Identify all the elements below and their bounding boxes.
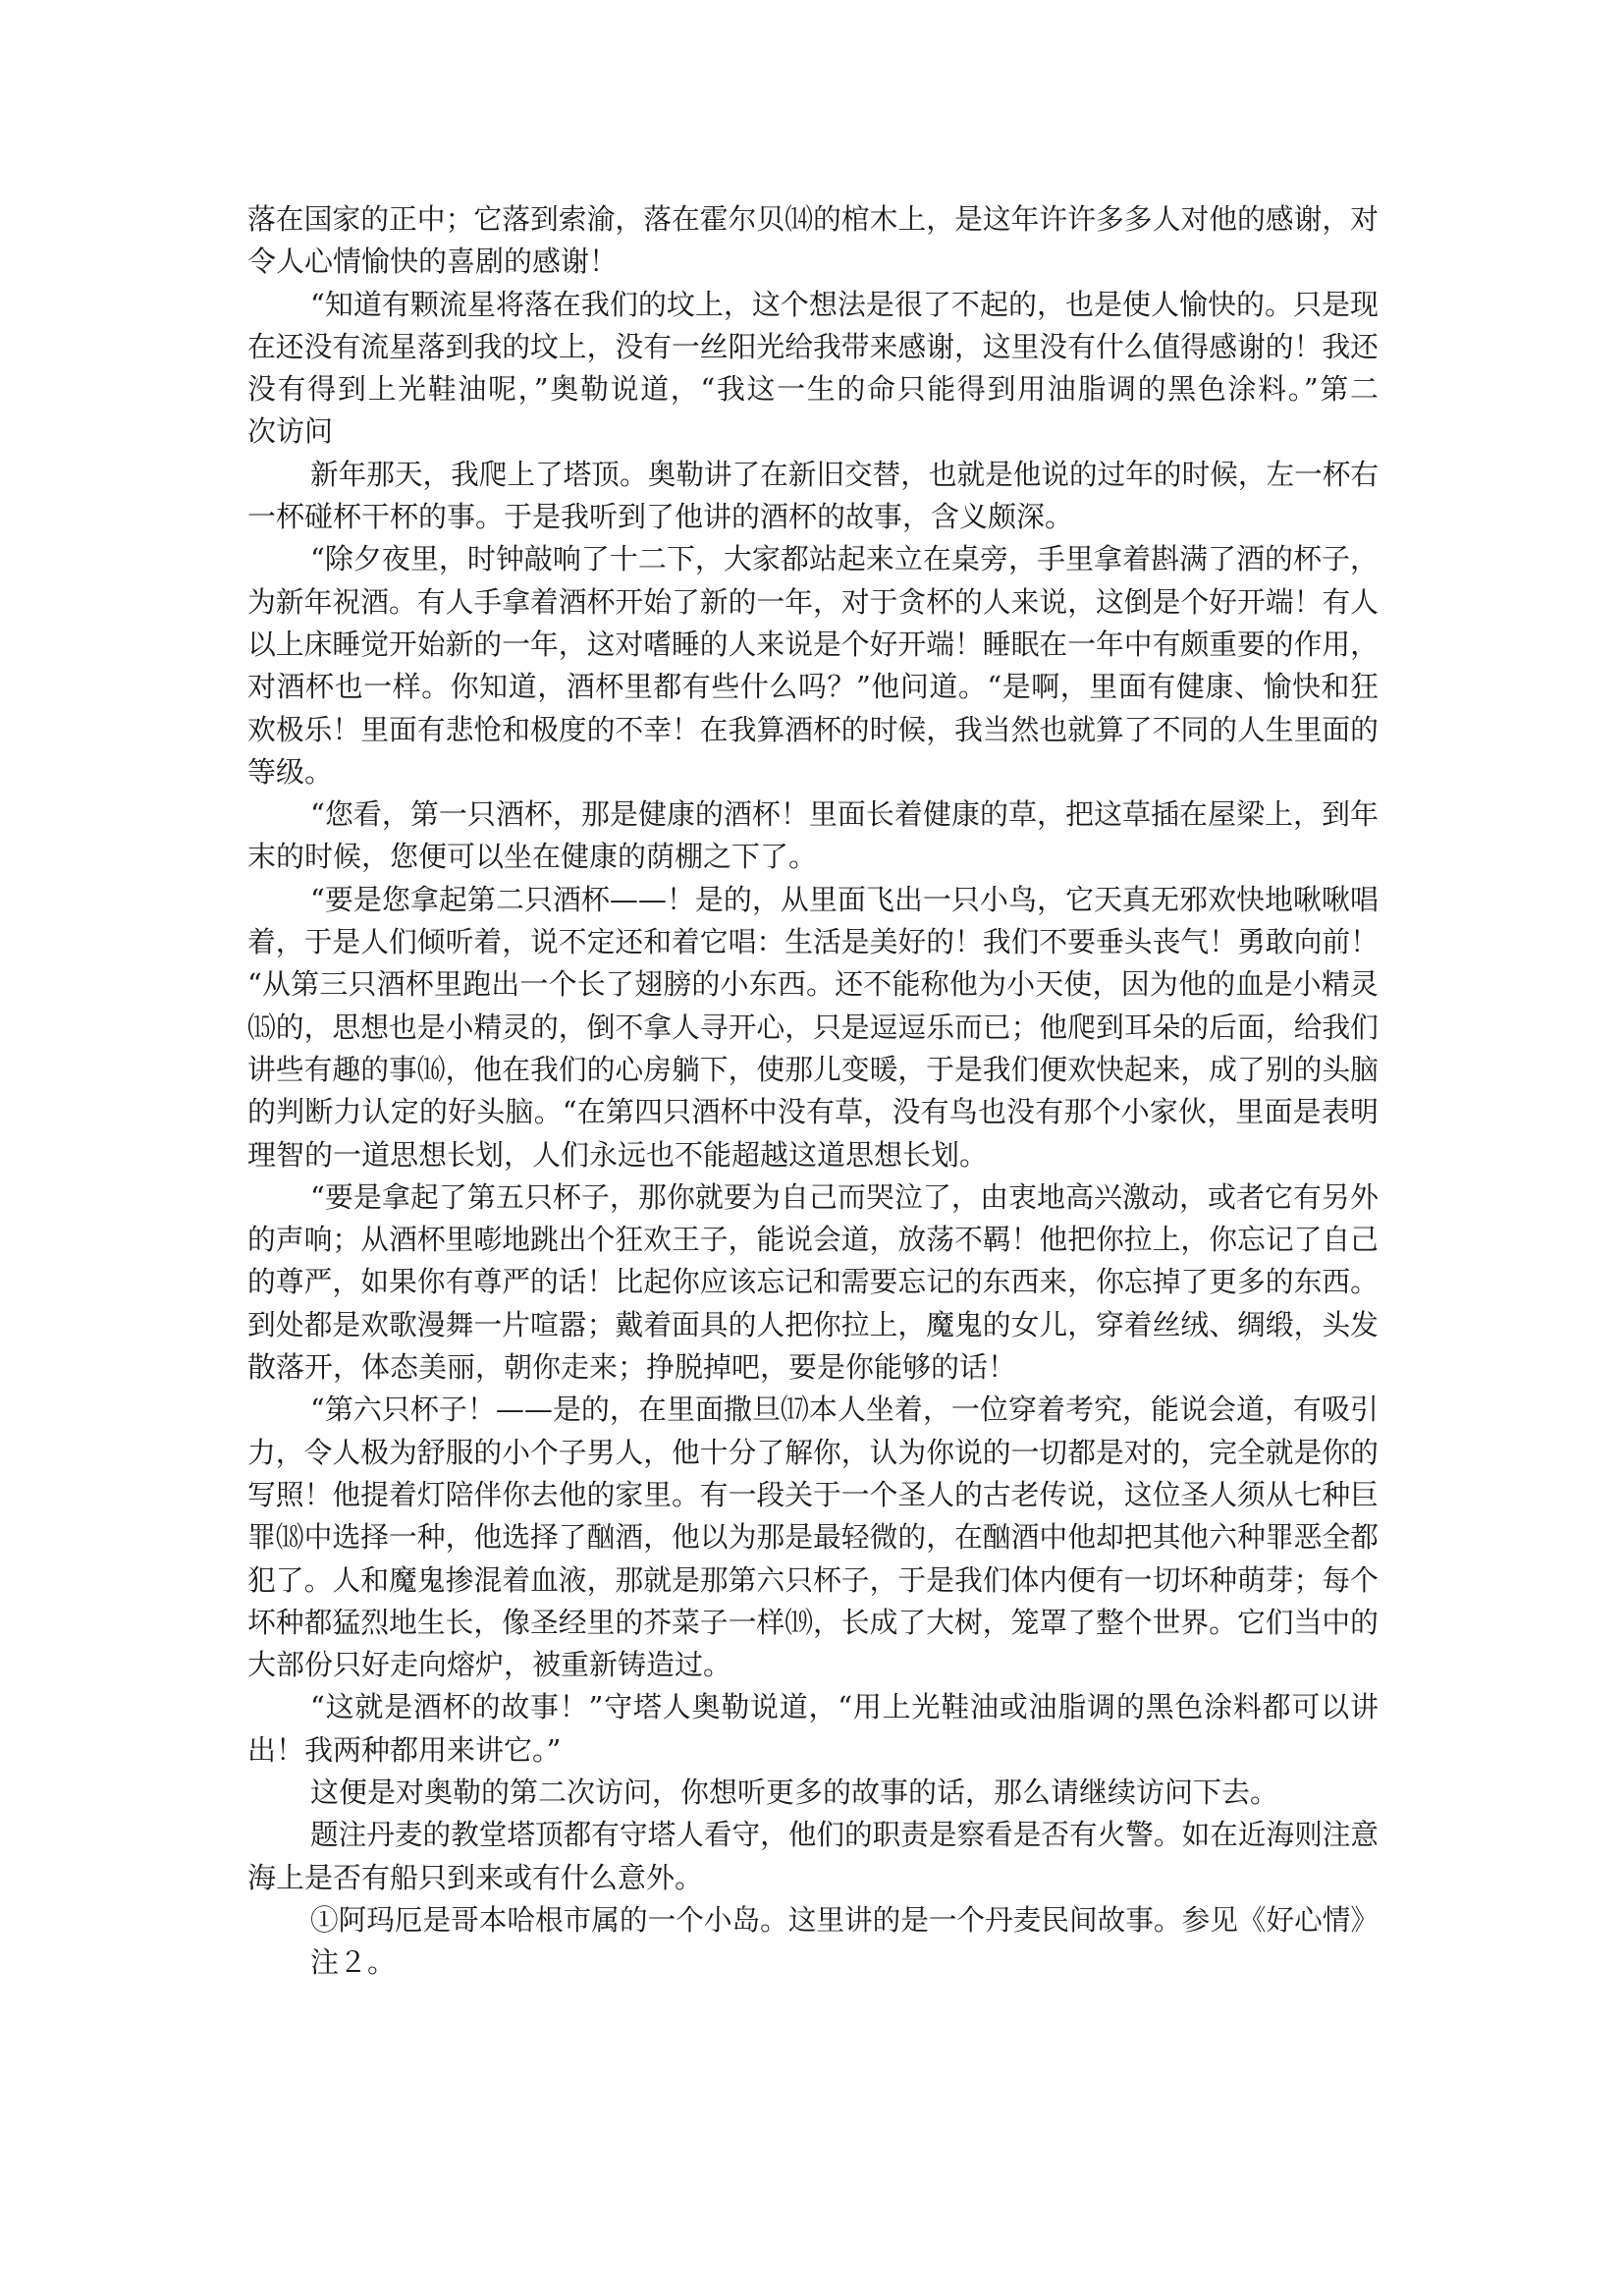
text-line: “您看，第一只酒杯，那是健康的酒杯！里面长着健康的草，把这草插在屋梁上，到年 [247, 793, 1379, 836]
text-line: 讲些有趣的事⒃，他在我们的心房躺下，使那儿变暖，于是我们便欢快起来，成了别的头脑 [247, 1049, 1379, 1091]
paragraph: 落在国家的正中；它落到索渝，落在霍尔贝⒁的棺木上，是这年许许多多人对他的感谢，对… [247, 198, 1379, 284]
text-line: “要是拿起了第五只杯子，那你就要为自己而哭泣了，由衷地高兴激动，或者它有另外 [247, 1176, 1379, 1219]
text-line: ①阿玛厄是哥本哈根市属的一个小岛。这里讲的是一个丹麦民间故事。参见《好心情》 [247, 1899, 1379, 1941]
text-line: 到处都是欢歌漫舞一片喧嚣；戴着面具的人把你拉上，魔鬼的女儿，穿着丝绒、绸缎，头发 [247, 1304, 1379, 1346]
text-line: 为新年祝酒。有人手拿着酒杯开始了新的一年，对于贪杯的人来说，这倒是个好开端！有人 [247, 581, 1379, 624]
text-line-content: 犯了。人和魔鬼掺混着血液，那就是那第六只杯子，于是我们体内便有一切坏种萌芽；每个 [247, 1559, 1379, 1602]
text-line: 注２。 [247, 1941, 1379, 1984]
paragraph: 新年那天，我爬上了塔顶。奥勒讲了在新旧交替，也就是他说的过年的时候，左一杯右一杯… [247, 454, 1379, 539]
paragraph: “知道有颗流星将落在我们的坟上，这个想法是很了不起的，也是使人愉快的。只是现在还… [247, 284, 1379, 454]
text-line-content: 的尊严，如果你有尊严的话！比起你应该忘记和需要忘记的东西来，你忘掉了更多的东西。 [247, 1261, 1379, 1303]
text-line: 等级。 [247, 751, 1379, 793]
text-line: 的声响；从酒杯里嘭地跳出个狂欢王子，能说会道，放荡不羁！他把你拉上，你忘记了自己 [247, 1219, 1379, 1261]
text-line: 着，于是人们倾听着，说不定还和着它唱：生活是美好的！我们不要垂头丧气！勇敢向前！ [247, 921, 1379, 963]
text-line: ⒂的，思想也是小精灵的，倒不拿人寻开心，只是逗逗乐而已；他爬到耳朵的后面，给我们 [247, 1007, 1379, 1049]
text-line: 以上床睡觉开始新的一年，这对嗜睡的人来说是个好开端！睡眠在一年中有颇重要的作用， [247, 624, 1379, 666]
paragraph: ①阿玛厄是哥本哈根市属的一个小岛。这里讲的是一个丹麦民间故事。参见《好心情》注２… [247, 1899, 1379, 1985]
text-line: 落在国家的正中；它落到索渝，落在霍尔贝⒁的棺木上，是这年许许多多人对他的感谢，对 [247, 198, 1379, 241]
text-line: 对酒杯也一样。你知道，酒杯里都有些什么吗？”他问道。“是啊，里面有健康、愉快和狂 [247, 666, 1379, 708]
text-line: 坏种都猛烈地生长，像圣经里的芥菜子一样⒆，长成了大树，笼罩了整个世界。它们当中的 [247, 1602, 1379, 1644]
paragraph: “除夕夜里，时钟敲响了十二下，大家都站起来立在桌旁，手里拿着斟满了酒的杯子，为新… [247, 538, 1379, 793]
text-line: 大部份只好走向熔炉，被重新铸造过。 [247, 1644, 1379, 1686]
text-line: 海上是否有船只到来或有什么意外。 [247, 1857, 1379, 1899]
text-line: 令人心情愉快的喜剧的感谢！ [247, 241, 1379, 283]
text-line: 欢极乐！里面有悲怆和极度的不幸！在我算酒杯的时候，我当然也就算了不同的人生里面的 [247, 709, 1379, 751]
text-line: 末的时候，您便可以坐在健康的荫棚之下了。 [247, 836, 1379, 878]
text-line: 题注丹麦的教堂塔顶都有守塔人看守，他们的职责是察看是否有火警。如在近海则注意 [247, 1814, 1379, 1856]
text-line: 散落开，体态美丽，朝你走来；挣脱掉吧，要是你能够的话！ [247, 1346, 1379, 1389]
text-line: 理智的一道思想长划，人们永远也不能超越这道思想长划。 [247, 1134, 1379, 1176]
text-line-content: 讲些有趣的事⒃，他在我们的心房躺下，使那儿变暖，于是我们便欢快起来，成了别的头脑 [247, 1049, 1379, 1091]
text-line: 的尊严，如果你有尊严的话！比起你应该忘记和需要忘记的东西来，你忘掉了更多的东西。 [247, 1261, 1379, 1303]
text-line: 力，令人极为舒服的小个子男人，他十分了解你，认为你说的一切都是对的，完全就是你的 [247, 1432, 1379, 1474]
text-line-content: ①阿玛厄是哥本哈根市属的一个小岛。这里讲的是一个丹麦民间故事。参见《好心情》 [310, 1899, 1379, 1941]
text-line-content: 为新年祝酒。有人手拿着酒杯开始了新的一年，对于贪杯的人来说，这倒是个好开端！有人 [247, 581, 1379, 624]
text-line-content: 题注丹麦的教堂塔顶都有守塔人看守，他们的职责是察看是否有火警。如在近海则注意 [310, 1814, 1379, 1856]
text-line: 新年那天，我爬上了塔顶。奥勒讲了在新旧交替，也就是他说的过年的时候，左一杯右 [247, 454, 1379, 496]
text-line-content: 新年那天，我爬上了塔顶。奥勒讲了在新旧交替，也就是他说的过年的时候，左一杯右 [310, 454, 1379, 496]
text-line: “知道有颗流星将落在我们的坟上，这个想法是很了不起的，也是使人愉快的。只是现 [247, 284, 1379, 326]
paragraph: “要是拿起了第五只杯子，那你就要为自己而哭泣了，由衷地高兴激动，或者它有另外的声… [247, 1176, 1379, 1389]
text-line-content: 写照！他提着灯陪伴你去他的家里。有一段关于一个圣人的古老传说，这位圣人须从七种巨 [247, 1474, 1379, 1516]
paragraph: “从第三只酒杯里跑出一个长了翅膀的小东西。还不能称他为小天使，因为他的血是小精灵… [247, 963, 1379, 1175]
text-line-content: 的声响；从酒杯里嘭地跳出个狂欢王子，能说会道，放荡不羁！他把你拉上，你忘记了自己 [247, 1219, 1379, 1261]
text-line: “除夕夜里，时钟敲响了十二下，大家都站起来立在桌旁，手里拿着斟满了酒的杯子， [247, 538, 1379, 580]
paragraph: “要是您拿起第二只酒杯——！是的，从里面飞出一只小鸟，它天真无邪欢快地啾啾唱着，… [247, 879, 1379, 964]
paragraph: “这就是酒杯的故事！”守塔人奥勒说道，“用上光鞋油或油脂调的黑色涂料都可以讲出！… [247, 1686, 1379, 1772]
text-line-content: 落在国家的正中；它落到索渝，落在霍尔贝⒁的棺木上，是这年许许多多人对他的感谢，对 [247, 198, 1379, 241]
text-line: 罪⒅中选择一种，他选择了酗酒，他以为那是最轻微的，在酗酒中他却把其他六种罪恶全都 [247, 1516, 1379, 1558]
text-line: 没有得到上光鞋油呢，”奥勒说道，“我这一生的命只能得到用油脂调的黑色涂料。”第二 [247, 368, 1379, 410]
text-line: 在还没有流星落到我的坟上，没有一丝阳光给我带来感谢，这里没有什么值得感谢的！我还 [247, 326, 1379, 368]
text-line: 次访问 [247, 410, 1379, 453]
text-line: 犯了。人和魔鬼掺混着血液，那就是那第六只杯子，于是我们体内便有一切坏种萌芽；每个 [247, 1559, 1379, 1602]
text-line: “从第三只酒杯里跑出一个长了翅膀的小东西。还不能称他为小天使，因为他的血是小精灵 [247, 963, 1379, 1006]
text-line: “要是您拿起第二只酒杯——！是的，从里面飞出一只小鸟，它天真无邪欢快地啾啾唱 [247, 879, 1379, 921]
text-line: “这就是酒杯的故事！”守塔人奥勒说道，“用上光鞋油或油脂调的黑色涂料都可以讲 [247, 1686, 1379, 1728]
paragraph: “您看，第一只酒杯，那是健康的酒杯！里面长着健康的草，把这草插在屋梁上，到年末的… [247, 793, 1379, 879]
text-line: “第六只杯子！——是的，在里面撒旦⒄本人坐着，一位穿着考究，能说会道，有吸引 [247, 1389, 1379, 1431]
document-page: 落在国家的正中；它落到索渝，落在霍尔贝⒁的棺木上，是这年许许多多人对他的感谢，对… [247, 198, 1379, 1984]
paragraph: 这便是对奥勒的第二次访问，你想听更多的故事的话，那么请继续访问下去。 [247, 1772, 1379, 1814]
text-line: 一杯碰杯干杯的事。于是我听到了他讲的酒杯的故事，含义颇深。 [247, 496, 1379, 538]
text-line-content: 到处都是欢歌漫舞一片喧嚣；戴着面具的人把你拉上，魔鬼的女儿，穿着丝绒、绸缎，头发 [247, 1304, 1379, 1346]
text-line-content: ⒂的，思想也是小精灵的，倒不拿人寻开心，只是逗逗乐而已；他爬到耳朵的后面，给我们 [247, 1007, 1379, 1049]
paragraph: “第六只杯子！——是的，在里面撒旦⒄本人坐着，一位穿着考究，能说会道，有吸引力，… [247, 1389, 1379, 1686]
text-line: 的判断力认定的好头脑。“在第四只酒杯中没有草，没有鸟也没有那个小家伙，里面是表明 [247, 1091, 1379, 1133]
text-line-content: 坏种都猛烈地生长，像圣经里的芥菜子一样⒆，长成了大树，笼罩了整个世界。它们当中的 [247, 1602, 1379, 1644]
text-line: 这便是对奥勒的第二次访问，你想听更多的故事的话，那么请继续访问下去。 [247, 1772, 1379, 1814]
text-line: 出！我两种都用来讲它。” [247, 1729, 1379, 1772]
paragraph: 题注丹麦的教堂塔顶都有守塔人看守，他们的职责是察看是否有火警。如在近海则注意海上… [247, 1814, 1379, 1899]
text-line: 写照！他提着灯陪伴你去他的家里。有一段关于一个圣人的古老传说，这位圣人须从七种巨 [247, 1474, 1379, 1516]
text-line-content: 着，于是人们倾听着，说不定还和着它唱：生活是美好的！我们不要垂头丧气！勇敢向前！ [247, 921, 1379, 963]
text-line-content: 以上床睡觉开始新的一年，这对嗜睡的人来说是个好开端！睡眠在一年中有颇重要的作用， [247, 624, 1379, 666]
text-line-content: 力，令人极为舒服的小个子男人，他十分了解你，认为你说的一切都是对的，完全就是你的 [247, 1432, 1379, 1474]
text-line-content: 欢极乐！里面有悲怆和极度的不幸！在我算酒杯的时候，我当然也就算了不同的人生里面的 [247, 709, 1379, 751]
text-line-content: 在还没有流星落到我的坟上，没有一丝阳光给我带来感谢，这里没有什么值得感谢的！我还 [247, 326, 1379, 368]
text-line-content: 罪⒅中选择一种，他选择了酗酒，他以为那是最轻微的，在酗酒中他却把其他六种罪恶全都 [247, 1516, 1379, 1558]
